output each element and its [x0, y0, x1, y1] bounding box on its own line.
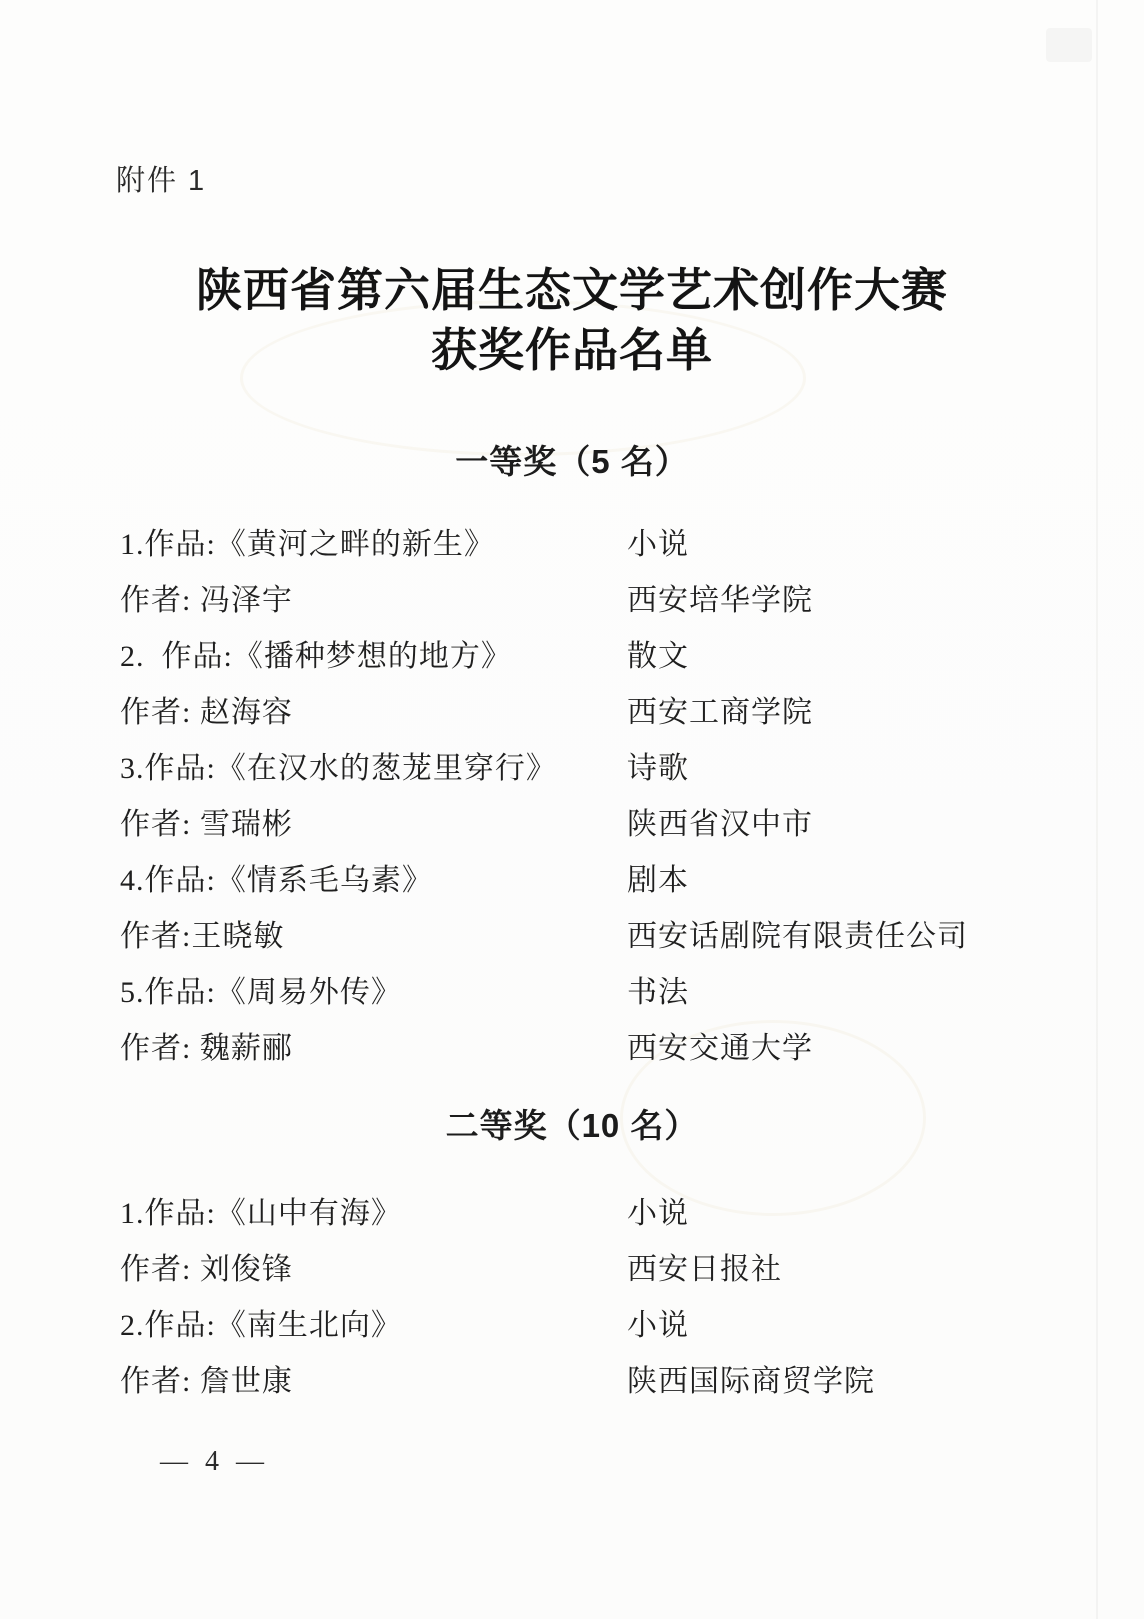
work-title: 4.作品:《情系毛乌素》	[120, 855, 433, 899]
genre-label: 小说	[627, 519, 689, 563]
section-heading-second-prize: 二等奖（10 名）	[0, 1100, 1144, 1147]
genre-label: 小说	[627, 1300, 689, 1344]
work-title: 5.作品:《周易外传》	[120, 967, 402, 1011]
author-line: 作者: 赵海容	[120, 687, 293, 731]
author-line: 作者:王晓敏	[120, 911, 284, 955]
work-title: 2.作品:《南生北向》	[120, 1300, 402, 1344]
document-title-line1: 陕西省第六届生态文学艺术创作大赛	[0, 254, 1144, 320]
genre-label: 小说	[627, 1188, 689, 1232]
scan-smudge-artifact	[1046, 28, 1092, 62]
author-line: 作者: 雪瑞彬	[120, 799, 293, 843]
scanned-document-page: 附件 1 陕西省第六届生态文学艺术创作大赛 获奖作品名单 一等奖（5 名） 1.…	[0, 0, 1144, 1619]
affiliation-label: 西安话剧院有限责任公司	[627, 911, 968, 955]
genre-label: 诗歌	[627, 743, 689, 787]
author-line: 作者: 冯泽宇	[120, 575, 293, 619]
section-heading-first-prize: 一等奖（5 名）	[0, 436, 1144, 483]
genre-label: 剧本	[627, 855, 689, 899]
work-title: 1.作品:《山中有海》	[120, 1188, 402, 1232]
genre-label: 书法	[627, 967, 689, 1011]
work-title: 2. 作品:《播种梦想的地方》	[120, 631, 512, 675]
attachment-label: 附件 1	[116, 158, 206, 199]
genre-label: 散文	[627, 631, 689, 675]
author-line: 作者: 刘俊锋	[120, 1244, 293, 1288]
affiliation-label: 陕西省汉中市	[627, 799, 813, 843]
author-line: 作者: 詹世康	[120, 1356, 293, 1400]
affiliation-label: 西安日报社	[627, 1244, 782, 1288]
work-title: 1.作品:《黄河之畔的新生》	[120, 519, 495, 563]
affiliation-label: 西安交通大学	[627, 1023, 813, 1067]
page-number: — 4 —	[160, 1446, 269, 1478]
affiliation-label: 西安工商学院	[627, 687, 813, 731]
document-title-line2: 获奖作品名单	[0, 314, 1144, 380]
scan-edge-artifact	[1096, 0, 1098, 1619]
affiliation-label: 西安培华学院	[627, 575, 813, 619]
work-title: 3.作品:《在汉水的葱茏里穿行》	[120, 743, 557, 787]
author-line: 作者: 魏薪郦	[120, 1023, 293, 1067]
affiliation-label: 陕西国际商贸学院	[627, 1356, 875, 1400]
